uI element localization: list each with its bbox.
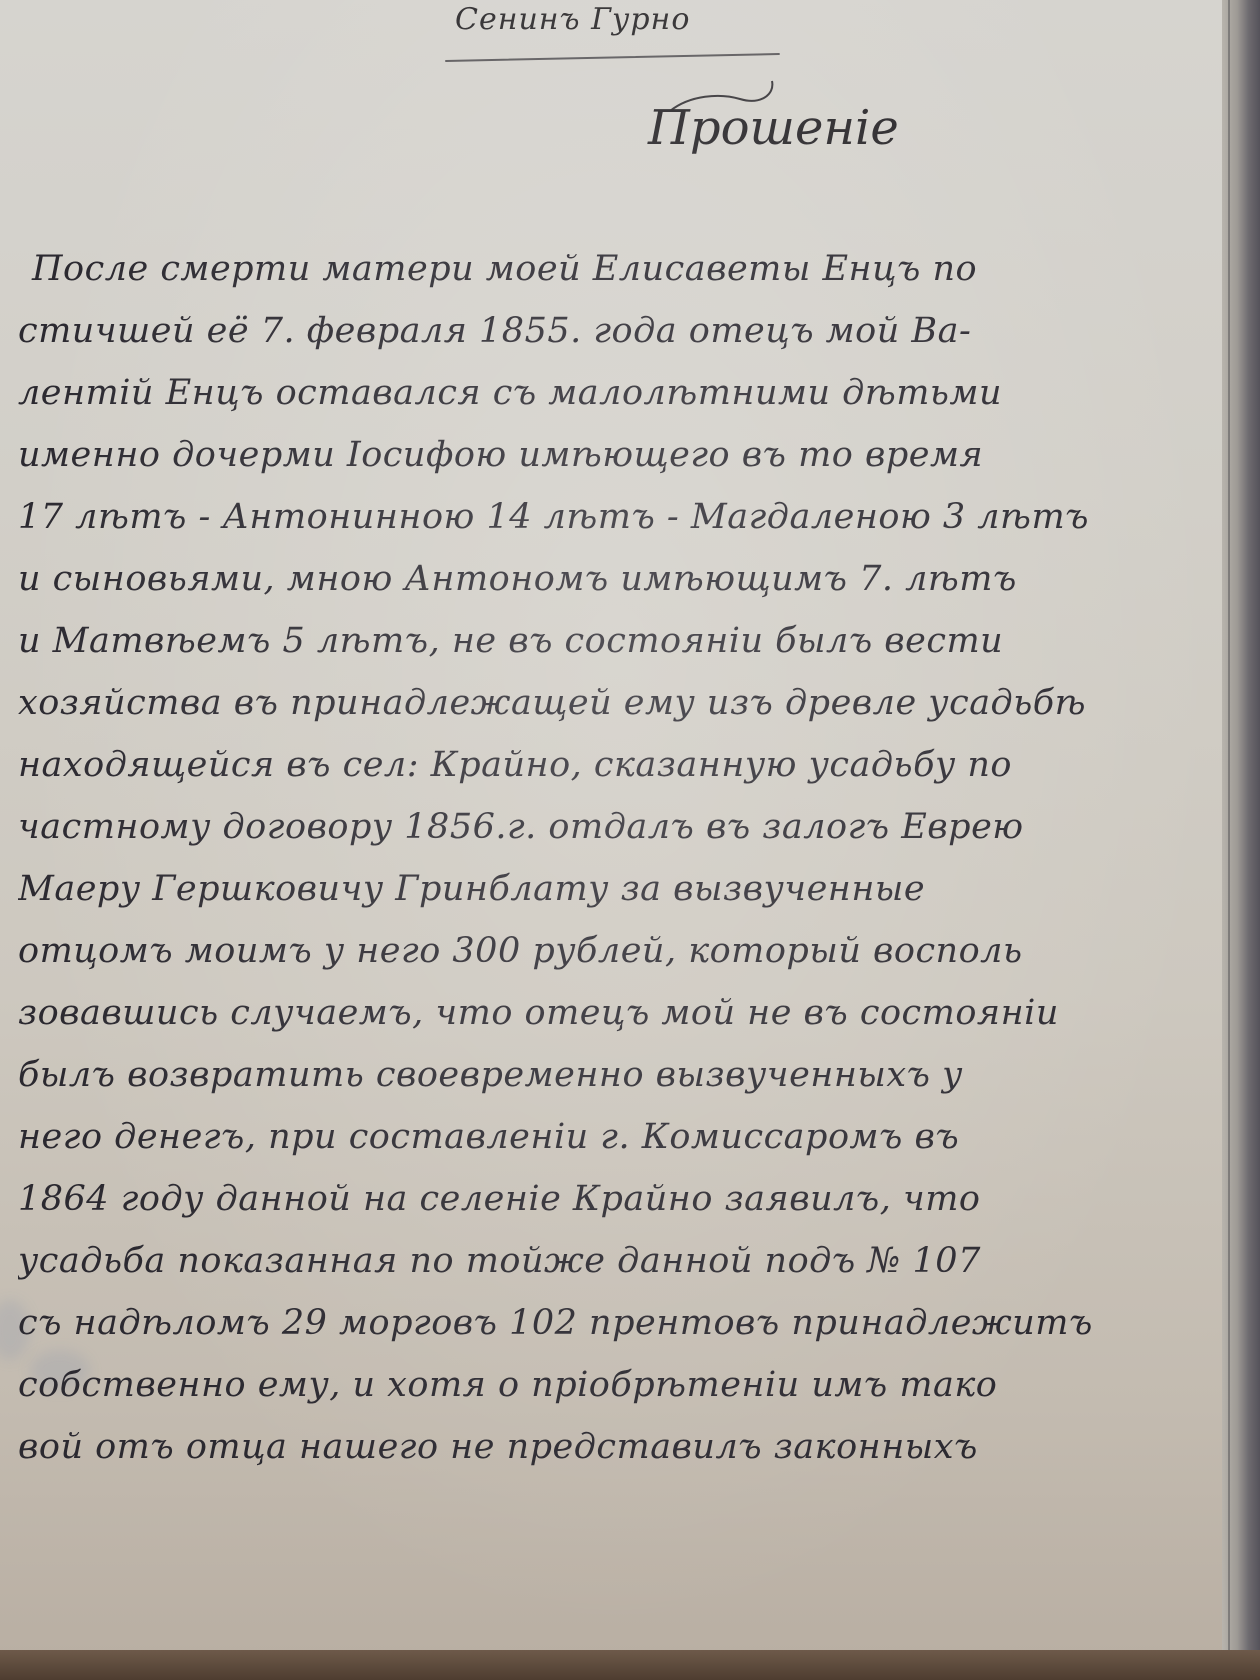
fold-line (1228, 0, 1230, 1680)
text-line: былъ возвратить своевременно вызвученных… (18, 1044, 1228, 1106)
text-line: стичшей её 7. февраля 1855. года отецъ м… (18, 300, 1228, 362)
text-line: съ надѣломъ 29 морговъ 102 прентовъ прин… (18, 1292, 1228, 1354)
text-line: усадьба показанная по тойже данной подъ … (18, 1230, 1228, 1292)
document-page: Сенинъ Гурно Прошеніе После смерти матер… (0, 0, 1232, 1655)
text-line: 17 лѣтъ - Антонинною 14 лѣтъ - Магдалено… (18, 486, 1228, 548)
text-line: зовавшись случаемъ, что отецъ мой не въ … (18, 982, 1228, 1044)
text-line: хозяйства въ принадлежащей ему изъ древл… (18, 672, 1228, 734)
text-line: и Матвѣемъ 5 лѣтъ, не въ состояніи былъ … (18, 610, 1228, 672)
text-line: вой отъ отца нашего не представилъ закон… (18, 1416, 1228, 1478)
text-line: частному договору 1856.г. отдалъ въ зало… (18, 796, 1228, 858)
text-line: именно дочерми Іосифою имѣющего въ то вр… (18, 424, 1228, 486)
page-edge (1222, 0, 1260, 1680)
text-line: него денегъ, при составленіи г. Комиссар… (18, 1106, 1228, 1168)
text-line: находящейся въ сел: Крайно, сказанную ус… (18, 734, 1228, 796)
text-line: лентій Енцъ оставался съ малолѣтними дѣт… (18, 362, 1228, 424)
table-surface (0, 1650, 1260, 1680)
text-line: 1864 году данной на селеніе Крайно заяви… (18, 1168, 1228, 1230)
text-line: собственно ему, и хотя о пріобрѣтеніи им… (18, 1354, 1228, 1416)
text-line: и сыновьями, мною Антономъ имѣющимъ 7. л… (18, 548, 1228, 610)
text-line: Маеру Гершковичу Гринблату за вызвученны… (18, 858, 1228, 920)
document-header: Сенинъ Гурно (455, 2, 690, 37)
text-line: отцомъ моимъ у него 300 рублей, который … (18, 920, 1228, 982)
document-title: Прошеніе (648, 100, 899, 156)
header-underline (445, 53, 780, 62)
document-body: После смерти матери моей Елисаветы Енцъ … (18, 238, 1228, 1478)
text-line: После смерти матери моей Елисаветы Енцъ … (18, 238, 1228, 300)
